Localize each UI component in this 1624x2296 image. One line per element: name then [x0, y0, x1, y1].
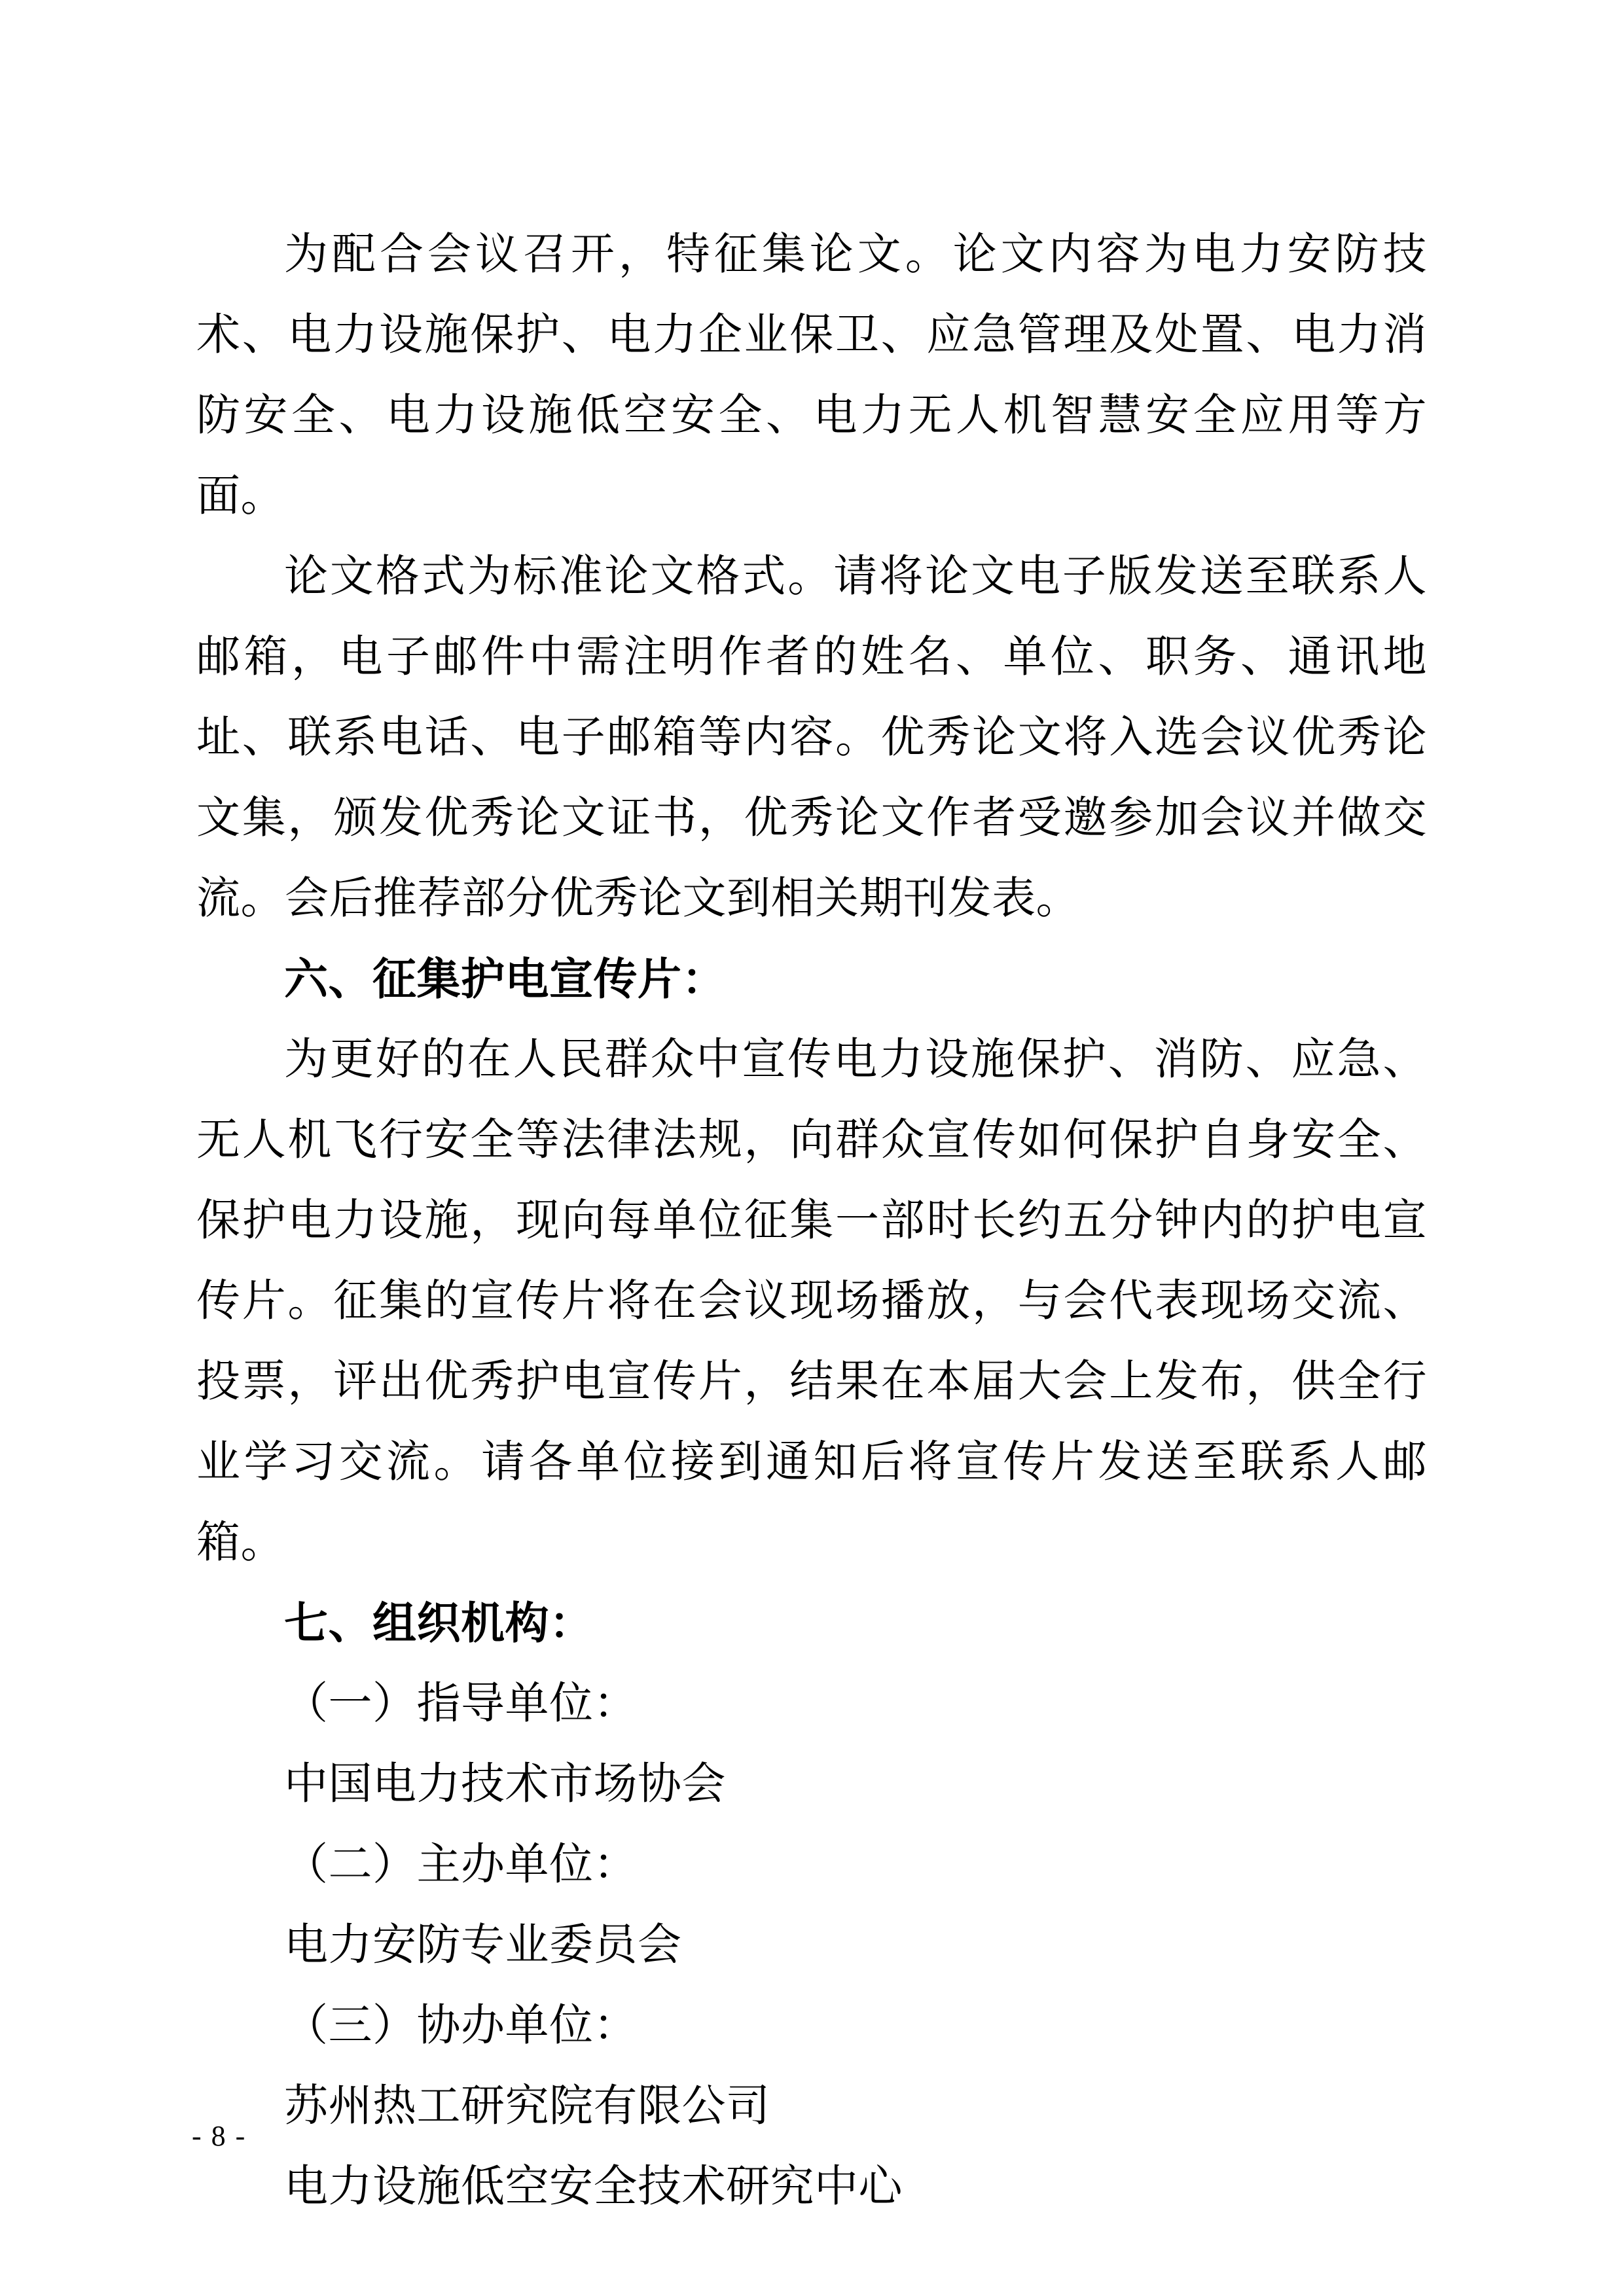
- org-name-co-organizer-2: 电力设施低空安全技术研究中心: [196, 2147, 1427, 2227]
- body-paragraph-promo-video: 为更好的在人民群众中宣传电力设施保护、消防、应急、无人机飞行安全等法律法规，向群…: [196, 1020, 1427, 1583]
- org-name-guidance-unit: 中国电力技术市场协会: [196, 1744, 1427, 1825]
- org-label-host-unit: （二）主办单位：: [196, 1825, 1427, 1905]
- org-name-co-organizer-1: 苏州热工研究院有限公司: [196, 2066, 1427, 2147]
- document-body: 为配合会议召开，特征集论文。论文内容为电力安防技术、电力设施保护、电力企业保卫、…: [196, 215, 1427, 2227]
- section-heading-7: 七、组织机构：: [196, 1583, 1427, 1664]
- section-heading-6: 六、征集护电宣传片：: [196, 939, 1427, 1020]
- org-name-host-unit: 电力安防专业委员会: [196, 1905, 1427, 1986]
- org-label-co-organizer: （三）协办单位：: [196, 1986, 1427, 2066]
- page-number: - 8 -: [192, 2119, 246, 2153]
- body-paragraph-call-for-papers: 为配合会议召开，特征集论文。论文内容为电力安防技术、电力设施保护、电力企业保卫、…: [196, 215, 1427, 537]
- document-page: 为配合会议召开，特征集论文。论文内容为电力安防技术、电力设施保护、电力企业保卫、…: [0, 0, 1624, 2296]
- org-label-guidance-unit: （一）指导单位：: [196, 1664, 1427, 1744]
- body-paragraph-paper-format: 论文格式为标准论文格式。请将论文电子版发送至联系人邮箱，电子邮件中需注明作者的姓…: [196, 537, 1427, 939]
